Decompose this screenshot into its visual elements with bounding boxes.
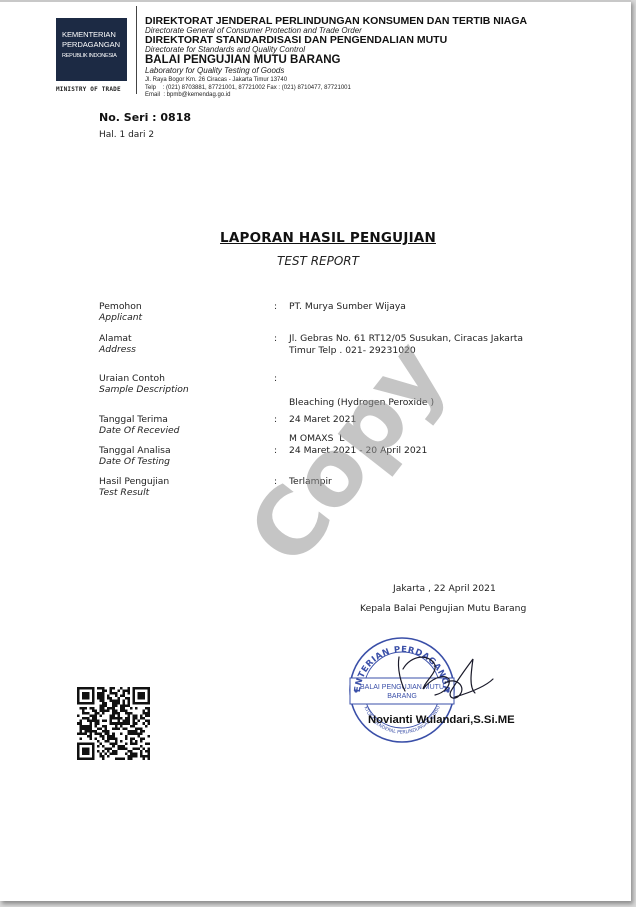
logo-line-1: KEMENTERIAN [62, 30, 116, 39]
colon: : [274, 445, 277, 456]
ministry-of-trade-label: MINISTRY OF TRADE [56, 86, 121, 93]
letterhead-text: DIREKTORAT JENDERAL PERLINDUNGAN KONSUME… [145, 16, 527, 100]
letterhead-divider [136, 6, 137, 94]
lab-title-en: Laboratory for Quality Testing of Goods [145, 67, 527, 75]
field-test-result-value: Terlampir [289, 476, 332, 488]
colon: : [274, 333, 277, 344]
page-indicator: Hal. 1 dari 2 [99, 130, 154, 140]
field-applicant-label: Pemohon Applicant [99, 301, 142, 323]
lab-address: Jl. Raya Bogor Km. 26 Ciracas - Jakarta … [145, 77, 527, 85]
signer-name: Novianti Wulandari,S.Si.ME [368, 714, 515, 726]
colon: : [274, 414, 277, 425]
logo-line-3: REPUBLIK INDONESIA [62, 53, 117, 59]
field-date-received-value: 24 Maret 2021 [289, 414, 356, 426]
colon: : [274, 476, 277, 487]
field-date-testing-value: 24 Maret 2021 - 20 April 2021 [289, 445, 427, 457]
field-address-label: Alamat Address [99, 333, 136, 355]
colon: : [274, 373, 277, 384]
colon: : [274, 301, 277, 312]
field-date-testing-label: Tanggal Analisa Date Of Testing [99, 445, 171, 467]
report-title: LAPORAN HASIL PENGUJIAN [0, 230, 631, 246]
ministry-logo: KEMENTERIAN PERDAGANGAN REPUBLIK INDONES… [56, 18, 127, 81]
logo-line-2: PERDAGANGAN [62, 40, 120, 49]
signature-icon [395, 649, 495, 709]
field-date-received-label: Tanggal Terima Date Of Recevied [99, 414, 179, 436]
place-and-date: Jakarta , 22 April 2021 [393, 583, 496, 594]
field-applicant-value: PT. Murya Sumber Wijaya [289, 301, 406, 313]
field-sample-label: Uraian Contoh Sample Description [99, 373, 189, 395]
field-test-result-label: Hasil Pengujian Test Result [99, 476, 169, 498]
report-subtitle: TEST REPORT [0, 254, 631, 268]
field-address-value: Jl. Gebras No. 61 RT12/05 Susukan, Cirac… [289, 333, 523, 357]
qr-code-icon[interactable] [77, 687, 150, 760]
signer-position: Kepala Balai Pengujian Mutu Barang [360, 603, 526, 614]
serial-number: No. Seri : 0818 [99, 111, 191, 124]
document-page: KEMENTERIAN PERDAGANGAN REPUBLIK INDONES… [0, 0, 631, 901]
lab-email: Email : bpmb@kemendag.go.id [145, 92, 527, 100]
directorate-title-en: Directorate for Standards and Quality Co… [145, 46, 527, 54]
lab-phone: Telp : (021) 8703881, 87721001, 87721002… [145, 85, 527, 93]
